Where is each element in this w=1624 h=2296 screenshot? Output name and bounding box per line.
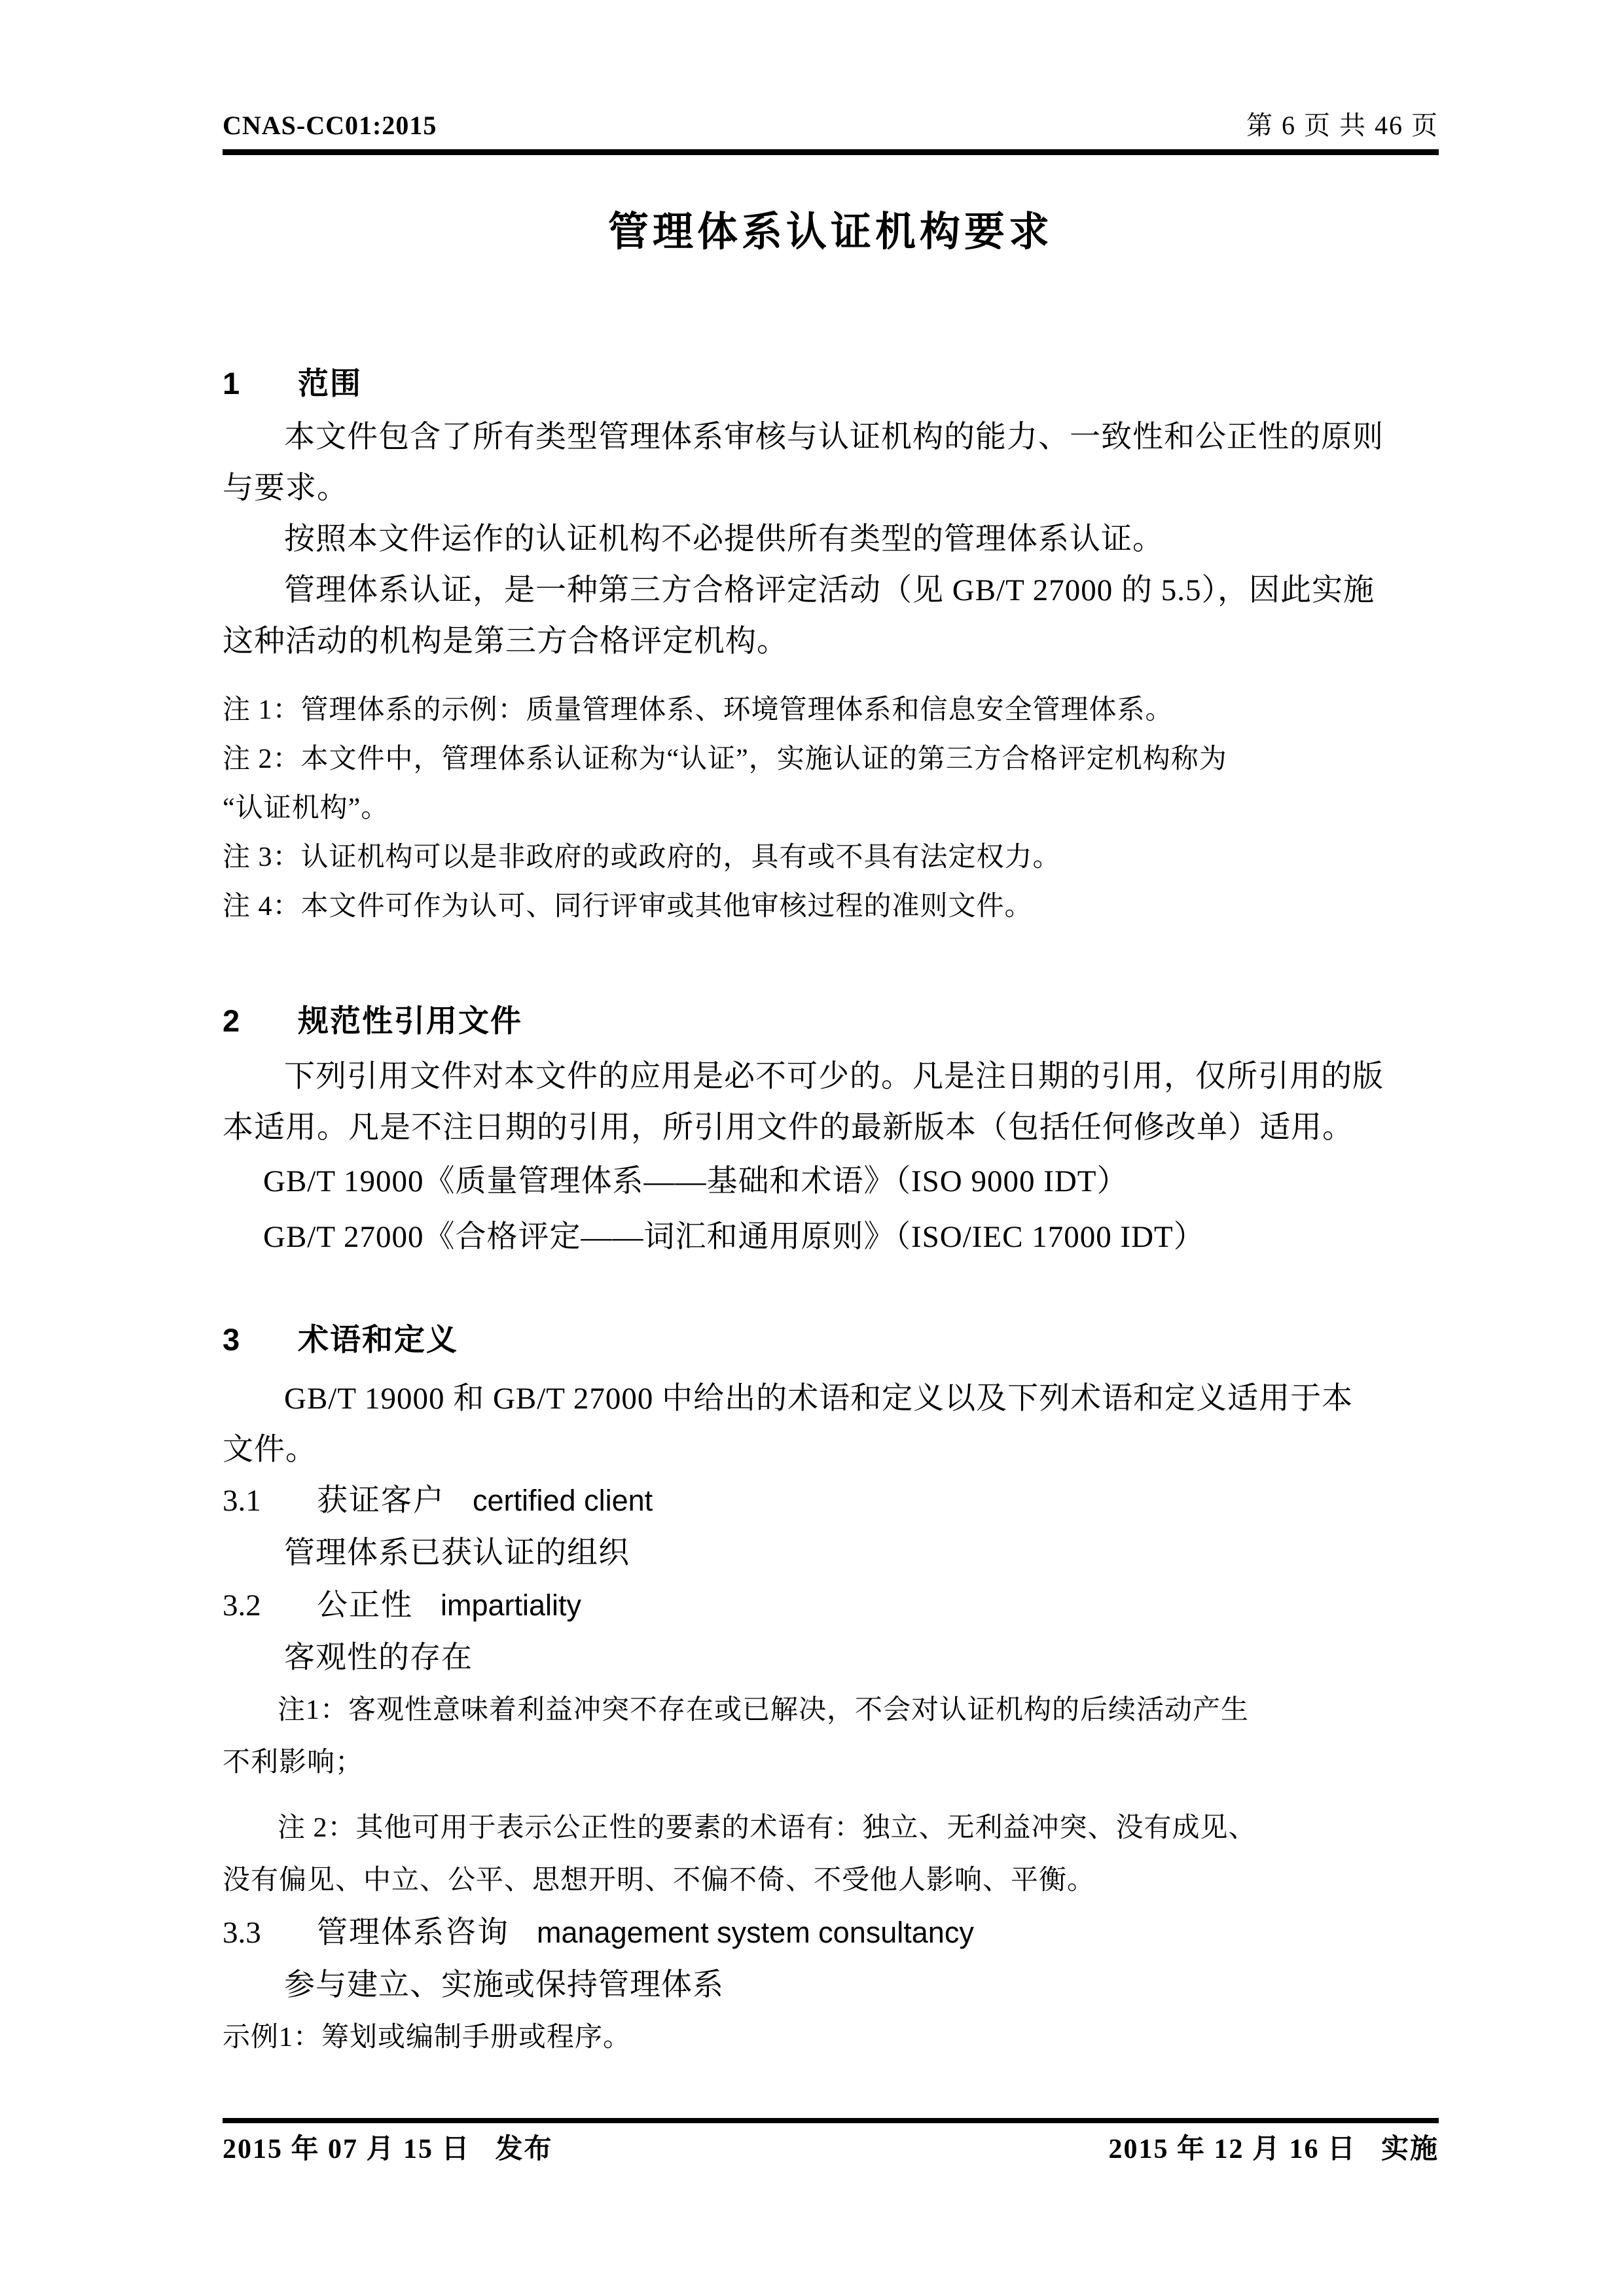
note-line: “认证机构”。: [223, 784, 1439, 833]
reference-line: GB/T 19000《质量管理体系——基础和术语》（ISO 9000 IDT）: [263, 1154, 1479, 1210]
document-title: 管理体系认证机构要求: [223, 196, 1439, 268]
note-line: 不利影响；: [223, 1736, 1439, 1789]
term-name-en: management system consultancy: [537, 1916, 974, 1949]
release-date: 2015 年 07 月 15 日: [223, 2134, 471, 2164]
definition-line: 参与建立、实施或保持管理体系: [223, 1959, 1439, 2011]
definition-line: 客观性的存在: [223, 1632, 1439, 1684]
section-2-references: GB/T 19000《质量管理体系——基础和术语》（ISO 9000 IDT） …: [223, 1154, 1479, 1265]
section-2-paragraph: 下列引用文件对本文件的应用是必不可少的。凡是注日期的引用，仅所引用的版 本适用。…: [223, 1051, 1439, 1153]
note-line: 注 1：管理体系的示例：质量管理体系、环境管理体系和信息安全管理体系。: [223, 686, 1439, 735]
footer-implementation: 2015 年 12 月 16 日实施: [1108, 2134, 1439, 2165]
term-line-3-2: 3.2公正性impartiality: [223, 1579, 1439, 1632]
reference-line: GB/T 27000《合格评定——词汇和通用原则》（ISO/IEC 17000 …: [263, 1210, 1479, 1265]
term-number: 3.1: [223, 1475, 288, 1527]
footer-release: 2015 年 07 月 15 日发布: [223, 2134, 553, 2165]
section-1-paragraphs: 本文件包含了所有类型管理体系审核与认证机构的能力、一致性和公正性的原则 与要求。…: [223, 412, 1439, 667]
term-line-3-3: 3.3管理体系咨询management system consultancy: [223, 1907, 1439, 1959]
page-footer: 2015 年 07 月 15 日发布 2015 年 12 月 16 日实施: [223, 2118, 1439, 2165]
term-line-3-1: 3.1获证客户certified client: [223, 1475, 1439, 1527]
example-line: 示例1：筹划或编制手册或程序。: [223, 2011, 1439, 2064]
term-number: 3.2: [223, 1579, 288, 1632]
paragraph-line: 本适用。凡是不注日期的引用，所引用文件的最新版本（包括任何修改单）适用。: [223, 1102, 1439, 1153]
implementation-date: 2015 年 12 月 16 日: [1108, 2134, 1356, 2164]
term-name-zh: 获证客户: [317, 1484, 445, 1518]
section-3-title: 术语和定义: [298, 1322, 458, 1357]
note-line: 没有偏见、中立、公平、思想开明、不偏不倚、不受他人影响、平衡。: [223, 1854, 1439, 1907]
section-3-number: 3: [223, 1314, 272, 1366]
section-1-title: 范围: [298, 366, 362, 401]
paragraph-line: 文件。: [223, 1424, 1439, 1475]
implementation-label: 实施: [1381, 2134, 1439, 2164]
page-header: CNAS-CC01:2015 第 6 页 共 46 页: [223, 110, 1439, 155]
section-1-heading: 1范围: [223, 357, 1439, 410]
note-line: 注 4：本文件可作为认可、同行评审或其他审核过程的准则文件。: [223, 882, 1439, 931]
document-page: { "colors": { "text": "#000000", "backgr…: [0, 0, 1624, 2296]
section-2-heading: 2规范性引用文件: [223, 995, 1439, 1047]
release-label: 发布: [496, 2134, 553, 2164]
note-line: 注 3：认证机构可以是非政府的或政府的，具有或不具有法定权力。: [223, 833, 1439, 882]
section-3-heading: 3术语和定义: [223, 1314, 1439, 1366]
page-number: 第 6 页 共 46 页: [1246, 110, 1439, 141]
note-line: 注1：客观性意味着利益冲突不存在或已解决，不会对认证机构的后续活动产生: [223, 1684, 1439, 1736]
section-3-paragraph: GB/T 19000 和 GB/T 27000 中给出的术语和定义以及下列术语和…: [223, 1373, 1439, 1475]
section-3-terms-b: 注 2：其他可用于表示公正性的要素的术语有：独立、无利益冲突、没有成见、 没有偏…: [223, 1802, 1439, 2064]
section-1-number: 1: [223, 357, 272, 410]
term-name-en: impartiality: [441, 1588, 581, 1622]
paragraph-line: GB/T 19000 和 GB/T 27000 中给出的术语和定义以及下列术语和…: [223, 1373, 1439, 1424]
paragraph-line: 按照本文件运作的认证机构不必提供所有类型的管理体系认证。: [223, 514, 1439, 565]
paragraph-line: 本文件包含了所有类型管理体系审核与认证机构的能力、一致性和公正性的原则: [223, 412, 1439, 463]
definition-line: 管理体系已获认证的组织: [223, 1527, 1439, 1579]
section-1-notes: 注 1：管理体系的示例：质量管理体系、环境管理体系和信息安全管理体系。 注 2：…: [223, 686, 1439, 931]
note-line: 注 2：本文件中，管理体系认证称为“认证”，实施认证的第三方合格评定机构称为: [223, 735, 1439, 784]
term-number: 3.3: [223, 1907, 288, 1959]
paragraph-line: 与要求。: [223, 463, 1439, 514]
term-name-zh: 公正性: [317, 1588, 413, 1623]
section-3-terms-a: 3.1获证客户certified client 管理体系已获认证的组织 3.2公…: [223, 1475, 1439, 1789]
paragraph-line: 这种活动的机构是第三方合格评定机构。: [223, 616, 1439, 667]
section-2-title: 规范性引用文件: [298, 1003, 522, 1038]
term-name-zh: 管理体系咨询: [317, 1916, 509, 1950]
note-line: 注 2：其他可用于表示公正性的要素的术语有：独立、无利益冲突、没有成见、: [223, 1802, 1439, 1854]
paragraph-line: 管理体系认证，是一种第三方合格评定活动（见 GB/T 27000 的 5.5），…: [223, 565, 1439, 616]
term-name-en: certified client: [473, 1484, 653, 1517]
section-2-number: 2: [223, 995, 272, 1047]
paragraph-line: 下列引用文件对本文件的应用是必不可少的。凡是注日期的引用，仅所引用的版: [223, 1051, 1439, 1102]
document-code: CNAS-CC01:2015: [223, 110, 437, 141]
